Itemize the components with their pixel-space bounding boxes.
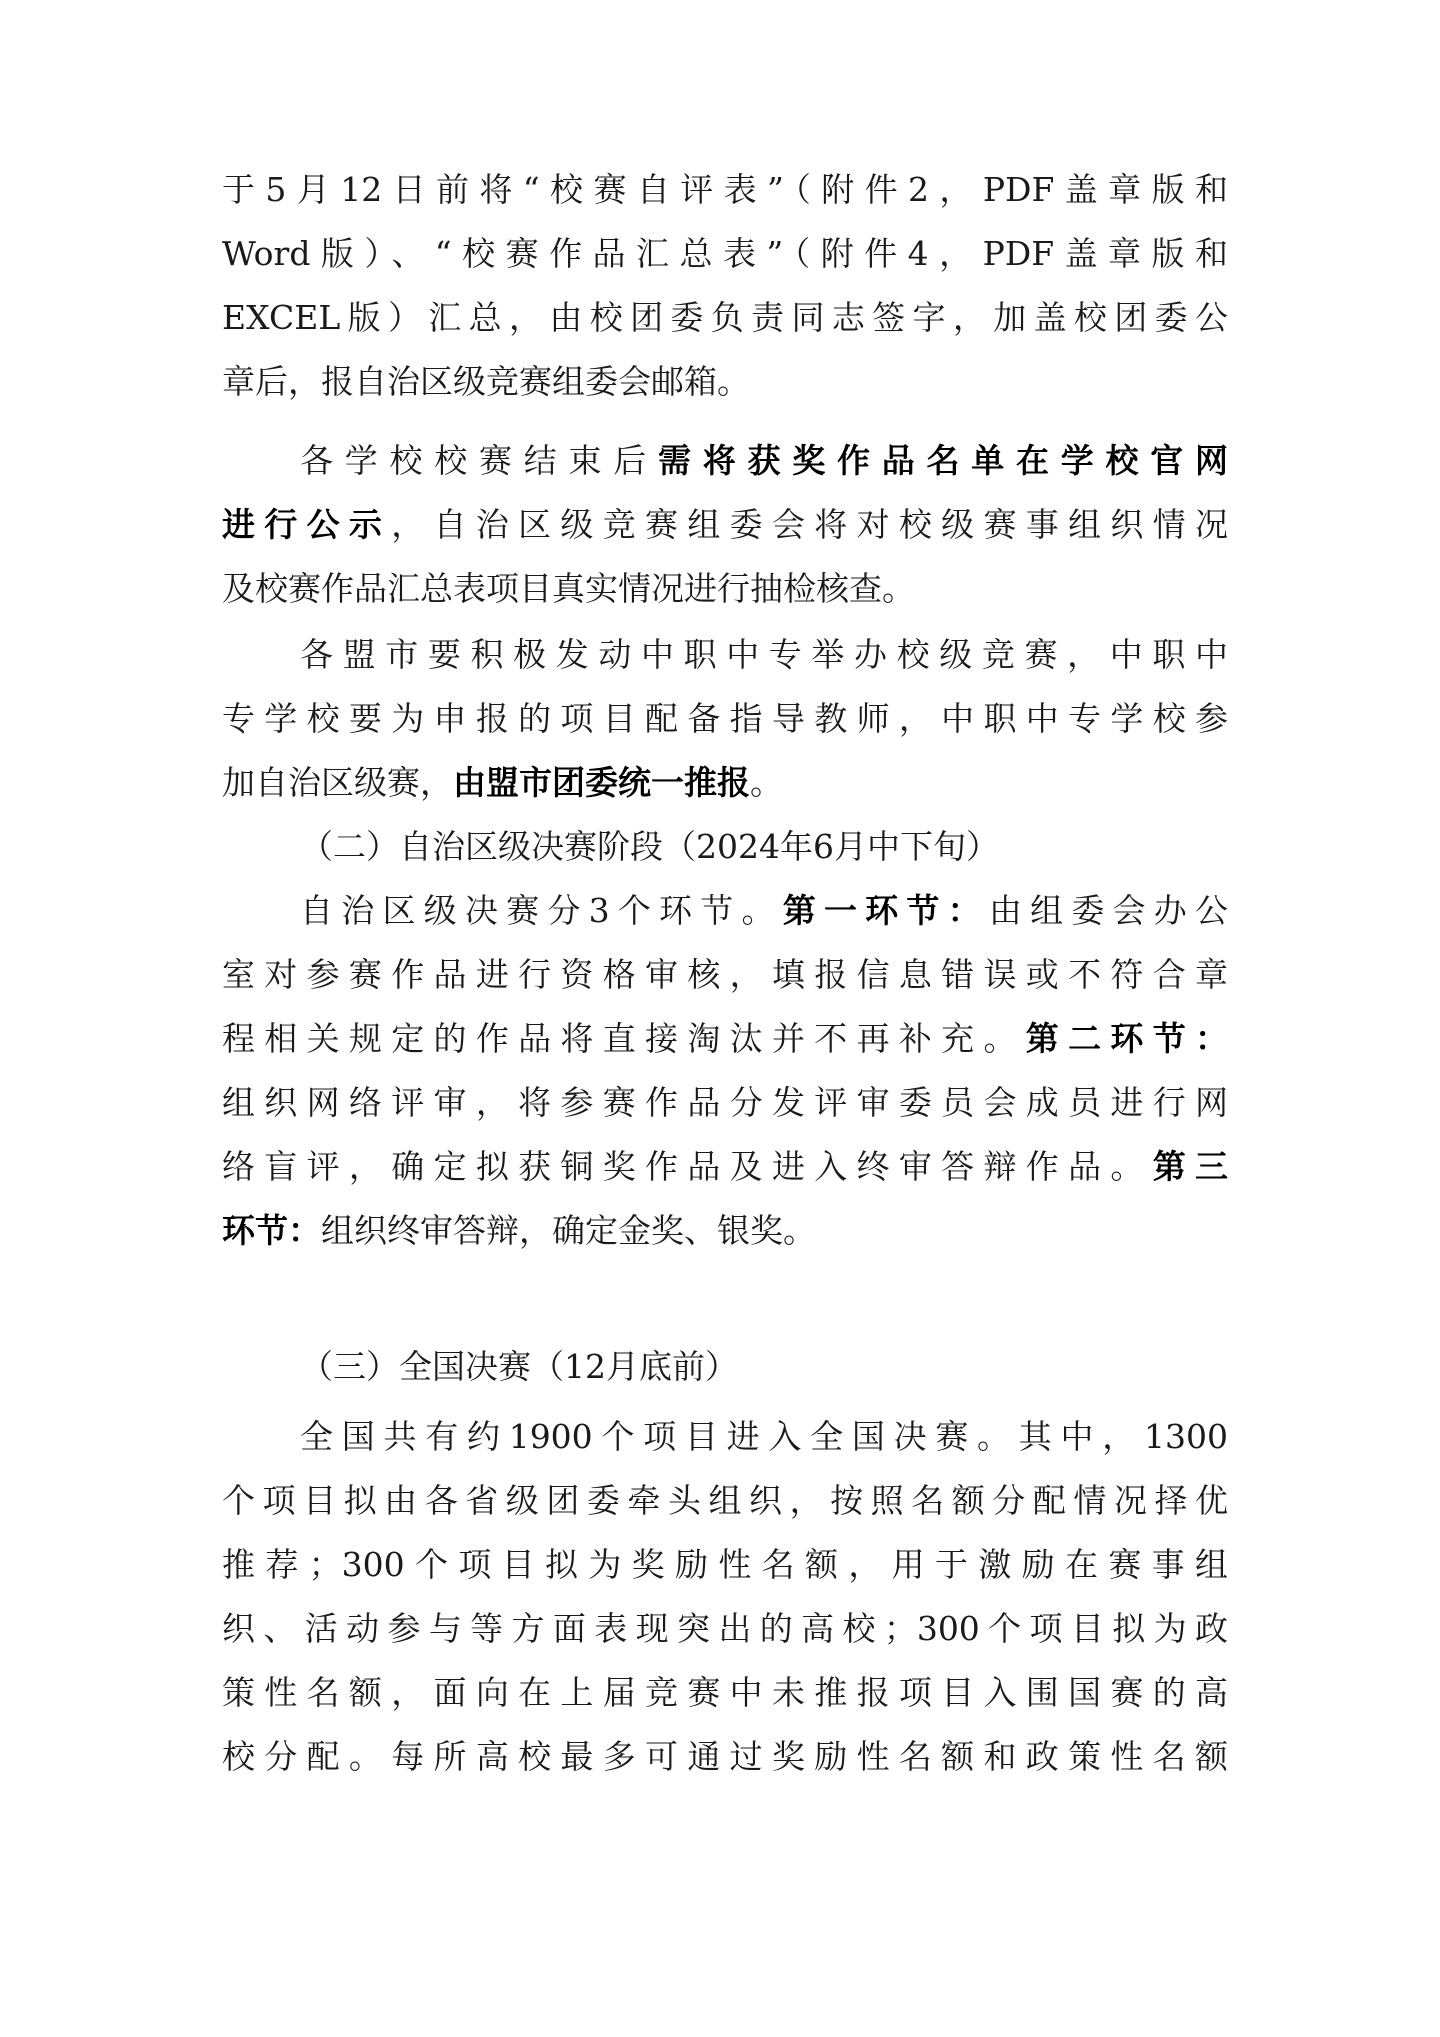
heading-text: （二）自治区级决赛阶段（2024年6月中下旬） <box>300 827 999 866</box>
text-segment: 织、活动参与等方面表现突出的高校；300个项目拟为政 <box>222 1609 1228 1648</box>
heading-text: （三）全国决赛（12月底前） <box>300 1347 738 1386</box>
text-line: 程相关规定的作品将直接淘汰并不再补充。第二环节： <box>222 1014 1228 1064</box>
text-segment: 策性名额，面向在上届竞赛中未推报项目入围国赛的高 <box>222 1673 1228 1712</box>
bold-text-segment: 需将获奖作品名单在学校官网 <box>658 441 1228 480</box>
text-segment: 专学校要为申报的项目配备指导教师，中职中专学校参 <box>222 699 1228 738</box>
text-segment: 个项目拟由各省级团委牵头组织，按照名额分配情况择优 <box>222 1481 1228 1520</box>
text-line: 策性名额，面向在上届竞赛中未推报项目入围国赛的高 <box>222 1668 1228 1718</box>
bold-text-segment: 由盟市团委统一推报 <box>453 763 750 802</box>
text-line: 校分配。每所高校最多可通过奖励性名额和政策性名额 <box>222 1732 1228 1782</box>
text-line: 加自治区级赛，由盟市团委统一推报。 <box>222 758 1228 808</box>
text-segment: 于5月12日前将“校赛自评表”（附件2，PDF盖章版和 <box>222 170 1228 209</box>
text-segment: EXCEL版）汇总，由校团委负责同志签字，加盖校团委公 <box>222 298 1228 337</box>
section-heading-3: （三）全国决赛（12月底前） <box>300 1342 738 1392</box>
text-segment: 各盟市要积极发动中职中专举办校级竞赛，中职中 <box>300 635 1228 674</box>
text-line: 及校赛作品汇总表项目真实情况进行抽检核查。 <box>222 564 1228 614</box>
text-segment: 自治区级决赛分3个环节。 <box>300 891 783 930</box>
text-line: 章后，报自治区级竞赛组委会邮箱。 <box>222 357 1228 407</box>
text-line: 于5月12日前将“校赛自评表”（附件2，PDF盖章版和 <box>222 165 1228 215</box>
text-segment: 络盲评，确定拟获铜奖作品及进入终审答辩作品。 <box>222 1147 1153 1186</box>
text-segment: 室对参赛作品进行资格审核，填报信息错误或不符合章 <box>222 955 1228 994</box>
text-segment: 全国共有约1900个项目进入全国决赛。其中，1300 <box>300 1417 1228 1456</box>
text-line: 自治区级决赛分3个环节。第一环节：由组委会办公 <box>300 886 1228 936</box>
text-segment: ，自治区级竞赛组委会将对校级赛事组织情况 <box>391 505 1228 544</box>
bold-text-segment: 第三 <box>1153 1147 1228 1186</box>
text-segment: 校分配。每所高校最多可通过奖励性名额和政策性名额 <box>222 1737 1228 1776</box>
text-segment: 。 <box>750 763 783 802</box>
text-segment: Word版）、“校赛作品汇总表”（附件4，PDF盖章版和 <box>222 234 1228 273</box>
bold-text-segment: 进行公示 <box>222 505 391 544</box>
text-line: 织、活动参与等方面表现突出的高校；300个项目拟为政 <box>222 1604 1228 1654</box>
text-segment: 程相关规定的作品将直接淘汰并不再补充。 <box>222 1019 1026 1058</box>
text-line: 各学校校赛结束后需将获奖作品名单在学校官网 <box>300 436 1228 486</box>
bold-text-segment: 第一环节： <box>783 891 989 930</box>
text-segment: 及校赛作品汇总表项目真实情况进行抽检核查。 <box>222 569 915 608</box>
text-line: 环节：组织终审答辩，确定金奖、银奖。 <box>222 1206 1228 1256</box>
text-segment: 组织网络评审，将参赛作品分发评审委员会成员进行网 <box>222 1083 1228 1122</box>
text-segment: 由组委会办公 <box>989 891 1228 930</box>
text-line: 组织网络评审，将参赛作品分发评审委员会成员进行网 <box>222 1078 1228 1128</box>
text-segment: 章后，报自治区级竞赛组委会邮箱。 <box>222 362 750 401</box>
text-line: 全国共有约1900个项目进入全国决赛。其中，1300 <box>300 1412 1228 1462</box>
text-line: 推荐；300个项目拟为奖励性名额，用于激励在赛事组 <box>222 1540 1228 1590</box>
text-line: 各盟市要积极发动中职中专举办校级竞赛，中职中 <box>300 630 1228 680</box>
text-segment: 推荐；300个项目拟为奖励性名额，用于激励在赛事组 <box>222 1545 1228 1584</box>
bold-text-segment: 第二环节： <box>1026 1019 1228 1058</box>
text-line: 络盲评，确定拟获铜奖作品及进入终审答辩作品。第三 <box>222 1142 1228 1192</box>
text-line: 个项目拟由各省级团委牵头组织，按照名额分配情况择优 <box>222 1476 1228 1526</box>
text-line: 专学校要为申报的项目配备指导教师，中职中专学校参 <box>222 694 1228 744</box>
text-line: 室对参赛作品进行资格审核，填报信息错误或不符合章 <box>222 950 1228 1000</box>
text-line: EXCEL版）汇总，由校团委负责同志签字，加盖校团委公 <box>222 293 1228 343</box>
text-segment: 各学校校赛结束后 <box>300 441 658 480</box>
text-line: Word版）、“校赛作品汇总表”（附件4，PDF盖章版和 <box>222 229 1228 279</box>
bold-text-segment: 环节： <box>222 1211 321 1250</box>
text-segment: 加自治区级赛， <box>222 763 453 802</box>
section-heading-2: （二）自治区级决赛阶段（2024年6月中下旬） <box>300 822 999 872</box>
text-line: 进行公示，自治区级竞赛组委会将对校级赛事组织情况 <box>222 500 1228 550</box>
text-segment: 组织终审答辩，确定金奖、银奖。 <box>321 1211 816 1250</box>
document-page: 于5月12日前将“校赛自评表”（附件2，PDF盖章版和 Word版）、“校赛作品… <box>0 0 1440 2037</box>
